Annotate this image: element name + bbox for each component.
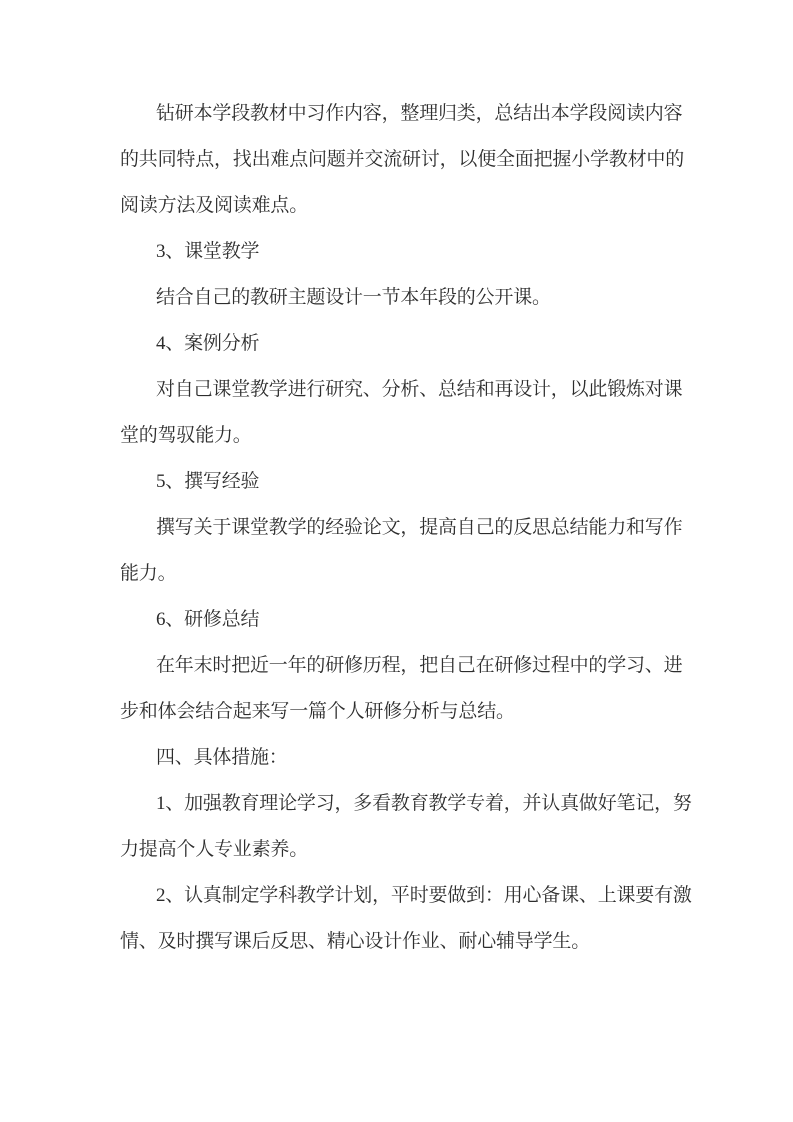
document-body: 钻研本学段教材中习作内容，整理归类，总结出本学段阅读内容的共同特点，找出难点问题…: [120, 91, 676, 965]
text-line: 能力。: [120, 551, 676, 597]
text-line: 5、撰写经验: [120, 459, 676, 505]
text-line: 6、研修总结: [120, 597, 676, 643]
text-line: 在年末时把近一年的研修历程，把自己在研修过程中的学习、进: [120, 643, 676, 689]
text-line: 的共同特点，找出难点问题并交流研讨，以便全面把握小学教材中的: [120, 137, 676, 183]
text-line: 步和体会结合起来写一篇个人研修分析与总结。: [120, 689, 676, 735]
text-line: 2、认真制定学科教学计划，平时要做到：用心备课、上课要有激: [120, 873, 676, 919]
text-line: 结合自己的教研主题设计一节本年段的公开课。: [120, 275, 676, 321]
text-line: 四、具体措施：: [120, 735, 676, 781]
text-line: 钻研本学段教材中习作内容，整理归类，总结出本学段阅读内容: [120, 91, 676, 137]
text-line: 对自己课堂教学进行研究、分析、总结和再设计，以此锻炼对课: [120, 367, 676, 413]
text-line: 情、及时撰写课后反思、精心设计作业、耐心辅导学生。: [120, 919, 676, 965]
text-line: 1、加强教育理论学习，多看教育教学专着，并认真做好笔记，努: [120, 781, 676, 827]
text-line: 阅读方法及阅读难点。: [120, 183, 676, 229]
text-line: 3、课堂教学: [120, 229, 676, 275]
text-line: 4、案例分析: [120, 321, 676, 367]
text-line: 撰写关于课堂教学的经验论文，提高自己的反思总结能力和写作: [120, 505, 676, 551]
text-line: 堂的驾驭能力。: [120, 413, 676, 459]
text-line: 力提高个人专业素养。: [120, 827, 676, 873]
document-page: 钻研本学段教材中习作内容，整理归类，总结出本学段阅读内容的共同特点，找出难点问题…: [0, 0, 793, 1122]
